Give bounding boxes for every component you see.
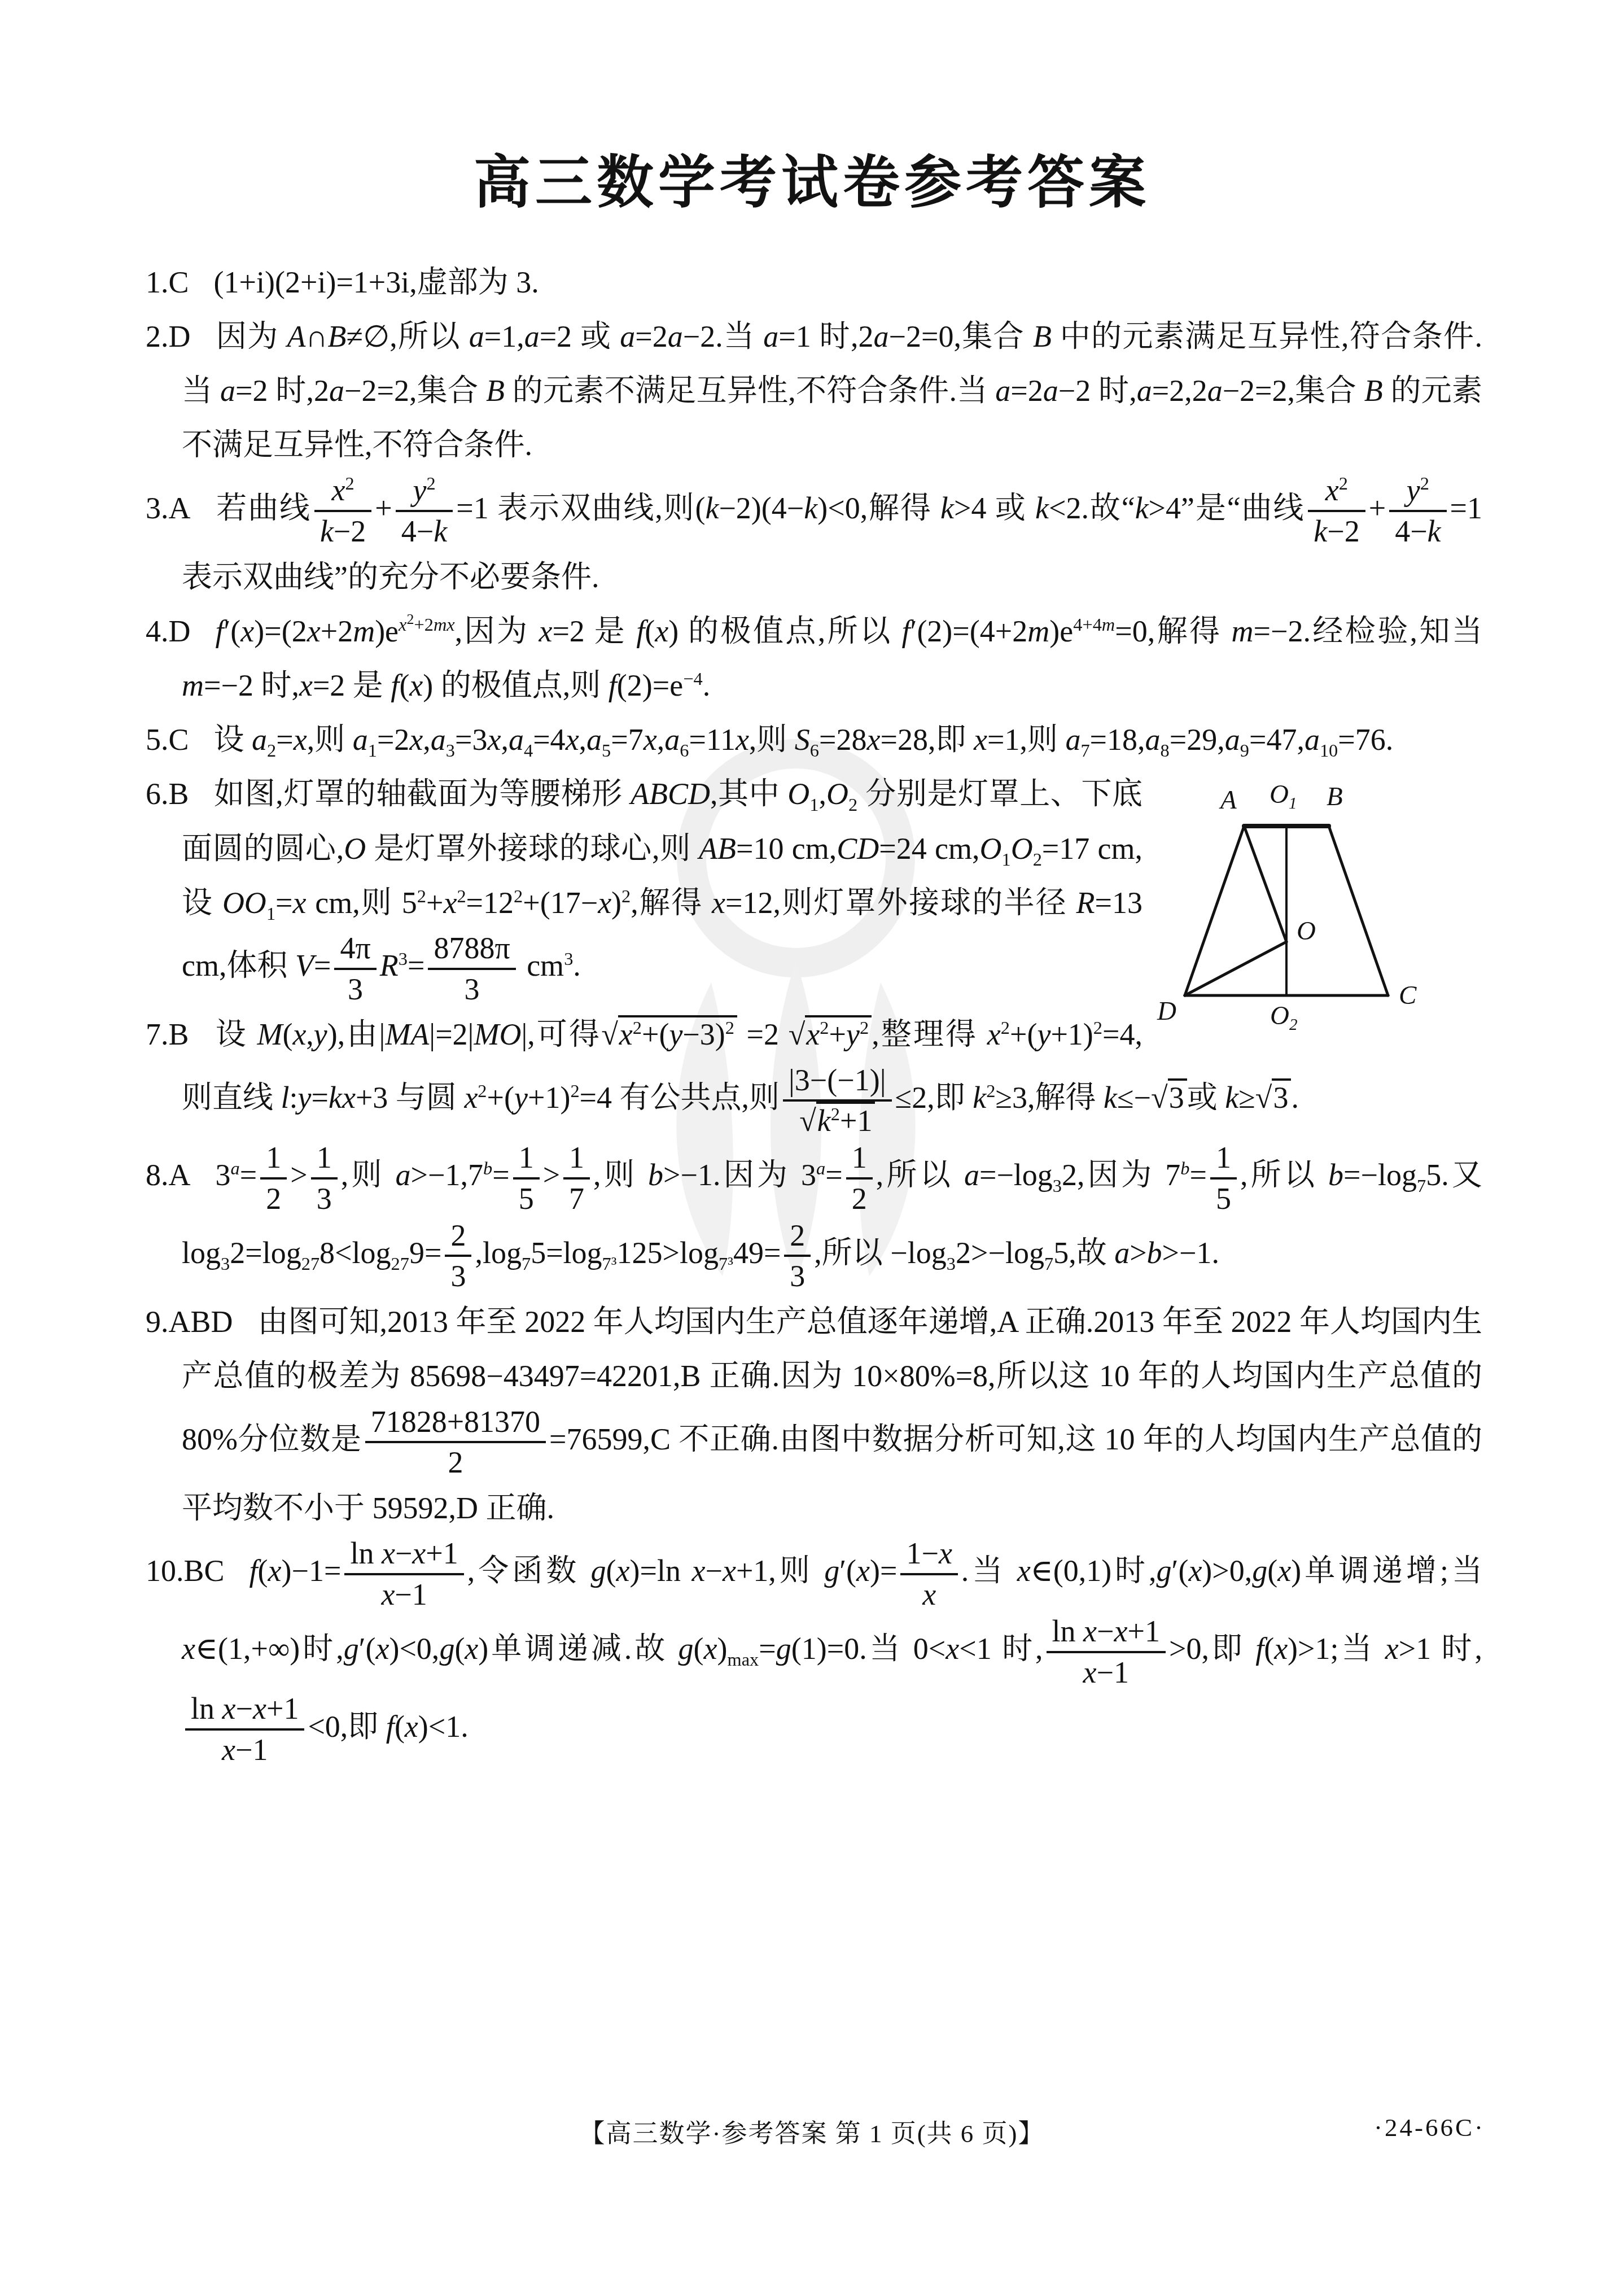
- question-9-solution: 由图可知,2013 年至 2022 年人均国内生产总值逐年递增,A 正确.201…: [182, 1305, 1482, 1525]
- question-8: 8.A3a=12>13,则 a>−1,7b=15>17,则 b>−1.因为 3a…: [146, 1139, 1482, 1295]
- vertex-label-O: O: [1297, 918, 1316, 945]
- answers-body: 1.C(1+i)(2+i)=1+3i,虚部为 3. 2.D因为 A∩B≠∅,所以…: [146, 255, 1482, 1768]
- question-6-answer: 6.B: [146, 777, 189, 811]
- question-5-answer: 5.C: [146, 723, 189, 757]
- question-2-answer: 2.D: [146, 320, 191, 353]
- question-10-answer: 10.BC: [146, 1554, 225, 1588]
- question-2: 2.D因为 A∩B≠∅,所以 a=1,a=2 或 a=2a−2.当 a=1 时,…: [146, 309, 1482, 472]
- question-1-answer: 1.C: [146, 265, 189, 299]
- question-1-solution: (1+i)(2+i)=1+3i,虚部为 3.: [214, 265, 539, 299]
- trapezoid-diagram: [1159, 772, 1549, 1042]
- q6-lampshade-figure: A O1 B O D O2 C: [1159, 772, 1549, 1042]
- vertex-label-D: D: [1157, 998, 1176, 1025]
- question-6: A O1 B O D O2 C 6.B如图,灯罩的轴截面为等腰梯形 ABCD,其…: [146, 767, 1482, 1007]
- vertex-label-B: B: [1327, 784, 1343, 810]
- question-3-solution: 若曲线x2k−2+y24−k=1 表示双曲线,则(k−2)(4−k)<0,解得 …: [182, 491, 1482, 594]
- question-9: 9.ABD由图可知,2013 年至 2022 年人均国内生产总值逐年递增,A 正…: [146, 1295, 1482, 1535]
- question-3: 3.A若曲线x2k−2+y24−k=1 表示双曲线,则(k−2)(4−k)<0,…: [146, 472, 1482, 604]
- vertex-label-O1: O1: [1270, 781, 1297, 808]
- question-4: 4.Df′(x)=(2x+2m)ex2+2mx,因为 x=2 是 f(x) 的极…: [146, 604, 1482, 713]
- page-footer: 【高三数学·参考答案 第 1 页(共 6 页)】 ·24-66C·: [0, 2113, 1624, 2150]
- answer-sheet-page: 高三数学考试卷参考答案 1.C(1+i)(2+i)=1+3i,虚部为 3. 2.…: [0, 0, 1624, 2289]
- question-9-answer: 9.ABD: [146, 1305, 233, 1339]
- vertex-label-A: A: [1220, 787, 1237, 814]
- question-10: 10.BCf(x)−1=ln x−x+1x−1,令函数 g(x)=ln x−x+…: [146, 1535, 1482, 1768]
- question-2-solution: 因为 A∩B≠∅,所以 a=1,a=2 或 a=2a−2.当 a=1 时,2a−…: [182, 320, 1482, 462]
- question-8-solution: 3a=12>13,则 a>−1,7b=15>17,则 b>−1.因为 3a=12…: [182, 1158, 1482, 1270]
- question-4-answer: 4.D: [146, 614, 191, 648]
- question-8-answer: 8.A: [146, 1158, 191, 1192]
- page-title: 高三数学考试卷参考答案: [0, 137, 1624, 219]
- question-1: 1.C(1+i)(2+i)=1+3i,虚部为 3.: [146, 255, 1482, 309]
- question-3-answer: 3.A: [146, 491, 191, 525]
- question-7-solution: 设 M(x,y),由|MA|=2|MO|,可得x2+(y−3)2 =2 x2+y…: [182, 1017, 1299, 1114]
- question-5-solution: 设 a2=x,则 a1=2x,a3=3x,a4=4x,a5=7x,a6=11x,…: [214, 723, 1394, 757]
- question-7-answer: 7.B: [146, 1017, 189, 1051]
- footer-paper-code: ·24-66C·: [1374, 2113, 1485, 2142]
- question-6-solution: 如图,灯罩的轴截面为等腰梯形 ABCD,其中 O1,O2 分别是灯罩上、下底面圆…: [182, 777, 1143, 982]
- question-10-solution: f(x)−1=ln x−x+1x−1,令函数 g(x)=ln x−x+1,则 g…: [182, 1554, 1482, 1743]
- vertex-label-O2: O2: [1270, 1003, 1298, 1029]
- question-5: 5.C设 a2=x,则 a1=2x,a3=3x,a4=4x,a5=7x,a6=1…: [146, 713, 1482, 767]
- question-4-solution: f′(x)=(2x+2m)ex2+2mx,因为 x=2 是 f(x) 的极值点,…: [182, 614, 1482, 702]
- vertex-label-C: C: [1399, 982, 1416, 1009]
